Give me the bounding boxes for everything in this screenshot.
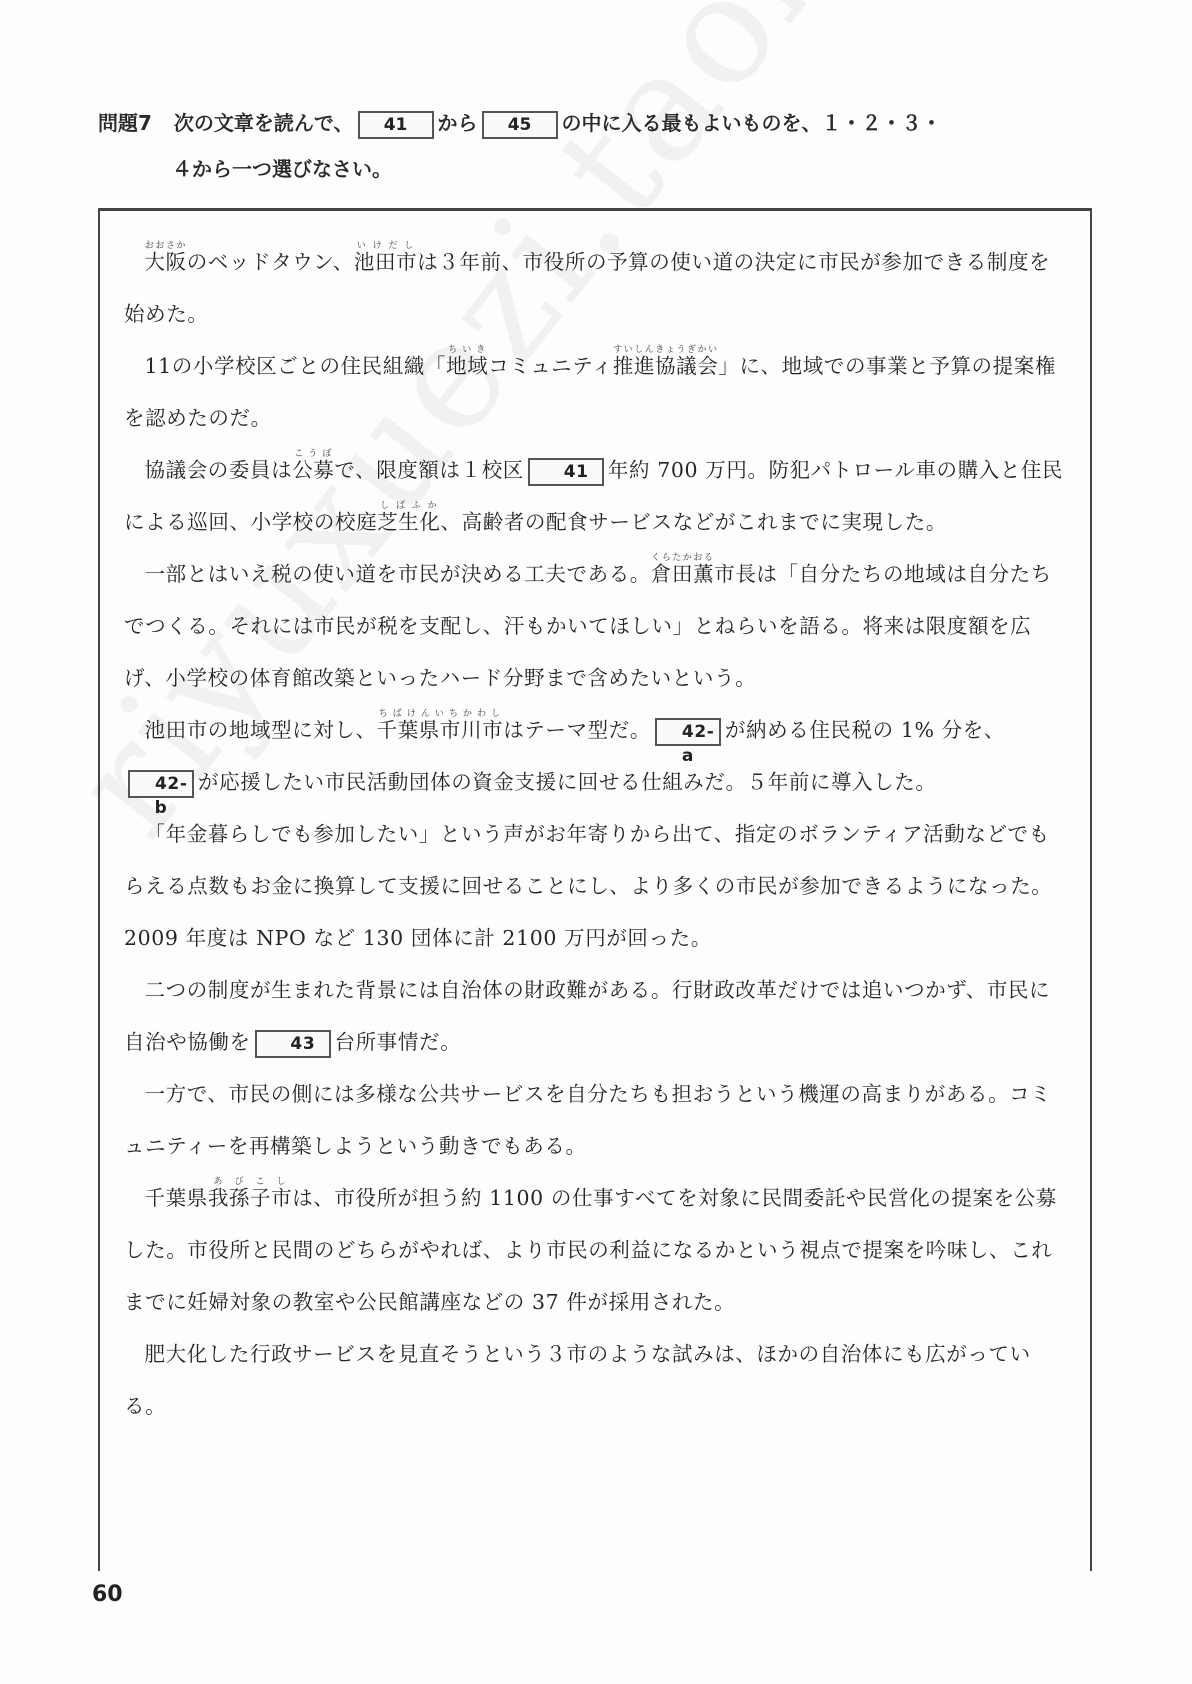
connector-text: から (438, 111, 478, 135)
passage: 大阪おおさかのベッドタウン、池田市いけだしは３年前、市役所の予算の使い道の決定に… (124, 236, 1064, 1432)
ruby-ikedashi: 池田市いけだし (354, 250, 417, 274)
ruby-abikoshi: 我孫子市あびこし (208, 1186, 292, 1210)
ruby-chiiki: 地域ちいき (446, 354, 488, 378)
blank-start-box: 41 (358, 111, 434, 139)
paragraph-8: 一方で、市民の側には多様な公共サービスを自分たちも担おうという機運の高まりがある… (124, 1068, 1064, 1172)
blank-end-box: 45 (482, 111, 558, 139)
paragraph-1: 大阪おおさかのベッドタウン、池田市いけだしは３年前、市役所の予算の使い道の決定に… (124, 236, 1064, 340)
paragraph-9: 千葉県我孫子市あびこしは、市役所が担う約 1100 の仕事すべてを対象に民間委託… (124, 1172, 1064, 1328)
paragraph-7: 二つの制度が生まれた背景には自治体の財政難がある。行財政改革だけでは追いつかず、… (124, 964, 1064, 1068)
blank-43: 43 (255, 1030, 331, 1058)
ruby-suishin-kyougikai: 推進協議会すいしんきょうぎかい (613, 354, 719, 378)
ruby-ichikawashi: 千葉県市川市ちばけんいちかわし (377, 718, 504, 742)
instruction-text-a: 次の文章を読んで、 (174, 111, 354, 135)
page-number: 60 (92, 1582, 123, 1607)
paragraph-10: 肥大化した行政サービスを見直そうという３市のような試みは、ほかの自治体にも広がっ… (124, 1328, 1064, 1432)
ruby-kurata-kaoru: 倉田薫くらたかおる (651, 562, 714, 586)
blank-41: 41 (528, 458, 604, 486)
paragraph-3: 協議会の委員は公募こうぼで、限度額は１校区41年約 700 万円。防犯パトロール… (124, 444, 1064, 548)
instruction-text-b: の中に入る最もよいものを、１・２・３・ (562, 111, 942, 135)
question-header: 問題7次の文章を読んで、41から45の中に入る最もよいものを、１・２・３・ ４か… (98, 100, 1098, 192)
ruby-shibafuka: 芝生化しばふか (377, 510, 440, 534)
paragraph-5: 池田市の地域型に対し、千葉県市川市ちばけんいちかわしはテーマ型だ。42-aが納め… (124, 704, 1064, 808)
ruby-osaka: 大阪おおさか (145, 250, 187, 274)
paragraph-4: 一部とはいえ税の使い道を市民が決める工夫である。倉田薫くらたかおる市長は「自分た… (124, 548, 1064, 704)
question-line-1: 問題7次の文章を読んで、41から45の中に入る最もよいものを、１・２・３・ (98, 100, 1098, 146)
question-label: 問題7 (98, 111, 152, 135)
ruby-koubo: 公募こうぼ (292, 458, 334, 482)
blank-42-a: 42-a (655, 718, 721, 746)
question-line-2: ４から一つ選びなさい。 (98, 146, 1098, 192)
paragraph-2: 11の小学校区ごとの住民組織「地域ちいきコミュニティ推進協議会すいしんきょうぎか… (124, 340, 1064, 444)
blank-42-b: 42-b (128, 770, 194, 798)
paragraph-6: 「年金暮らしでも参加したい」という声がお年寄りから出て、指定のボランティア活動な… (124, 808, 1064, 964)
